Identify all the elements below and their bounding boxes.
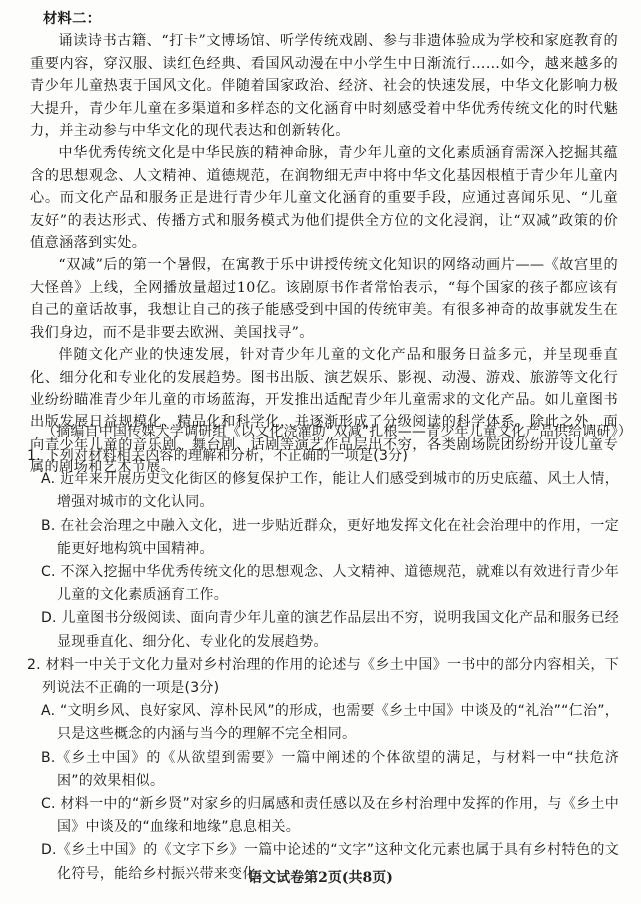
exam-page: 材料二： 诵读诗书古籍、“打卡”文博场馆、听学传统戏剧、参与非遗体验成为学校和家… — [0, 0, 641, 904]
question-stem: 2. 材料一中关于文化力量对乡村治理的作用的论述与《乡土中国》一书中的部分内容相… — [27, 654, 619, 700]
option-c: C. 不深入挖掘中华优秀传统文化的思想观念、人文精神、道德规范，就难以有效进行青… — [27, 561, 619, 607]
material-heading: 材料二： — [30, 8, 618, 30]
question-stem: 1. 下列对材料相关内容的理解和分析，不正确的一项是(3分) — [27, 445, 619, 468]
option-c: C. 材料一中的“新乡贤”对家乡的归属感和责任感以及在乡村治理中发挥的作用，与《… — [27, 793, 619, 839]
page-footer: 语文试卷第2页(共8页) — [0, 867, 641, 887]
option-a: A. “文明乡风、良好家风、淳朴民风”的形成，也需要《乡土中国》中谈及的“礼治”… — [27, 700, 619, 746]
material-paragraph: “双减”后的第一个暑假，在寓教于乐中讲授传统文化知识的网络动画片——《故宫里的大… — [30, 254, 618, 344]
question-1: 1. 下列对材料相关内容的理解和分析，不正确的一项是(3分) A. 近年来开展历… — [27, 445, 619, 654]
option-a: A. 近年来开展历史文化街区的修复保护工作，能让人们感受到城市的历史底蕴、风土人… — [27, 468, 619, 514]
option-b: B.《乡土中国》的《从欲望到需要》一篇中阐述的个体欲望的满足，与材料一中“扶危济… — [27, 747, 619, 793]
option-b: B. 在社会治理之中融入文化，进一步贴近群众，更好地发挥文化在社会治理中的作用，… — [27, 515, 619, 561]
reading-material: 材料二： 诵读诗书古籍、“打卡”文博场馆、听学传统戏剧、参与非遗体验成为学校和家… — [30, 8, 618, 479]
material-source-citation: （摘编自中国传媒大学调研组《以文化浇灌助“双减”扎根——青少年儿童文化产品供给调… — [42, 421, 622, 443]
question-2: 2. 材料一中关于文化力量对乡村治理的作用的论述与《乡土中国》一书中的部分内容相… — [27, 654, 619, 886]
question-list: 1. 下列对材料相关内容的理解和分析，不正确的一项是(3分) A. 近年来开展历… — [27, 445, 619, 886]
material-paragraph: 中华优秀传统文化是中华民族的精神命脉，青少年儿童的文化素质涵育需深入挖掘其蕴含的… — [30, 142, 618, 254]
option-d: D. 儿童图书分级阅读、面向青少年儿童的演艺作品层出不穷，说明我国文化产品和服务… — [27, 607, 619, 653]
material-paragraph: 诵读诗书古籍、“打卡”文博场馆、听学传统戏剧、参与非遗体验成为学校和家庭教育的重… — [30, 30, 618, 142]
